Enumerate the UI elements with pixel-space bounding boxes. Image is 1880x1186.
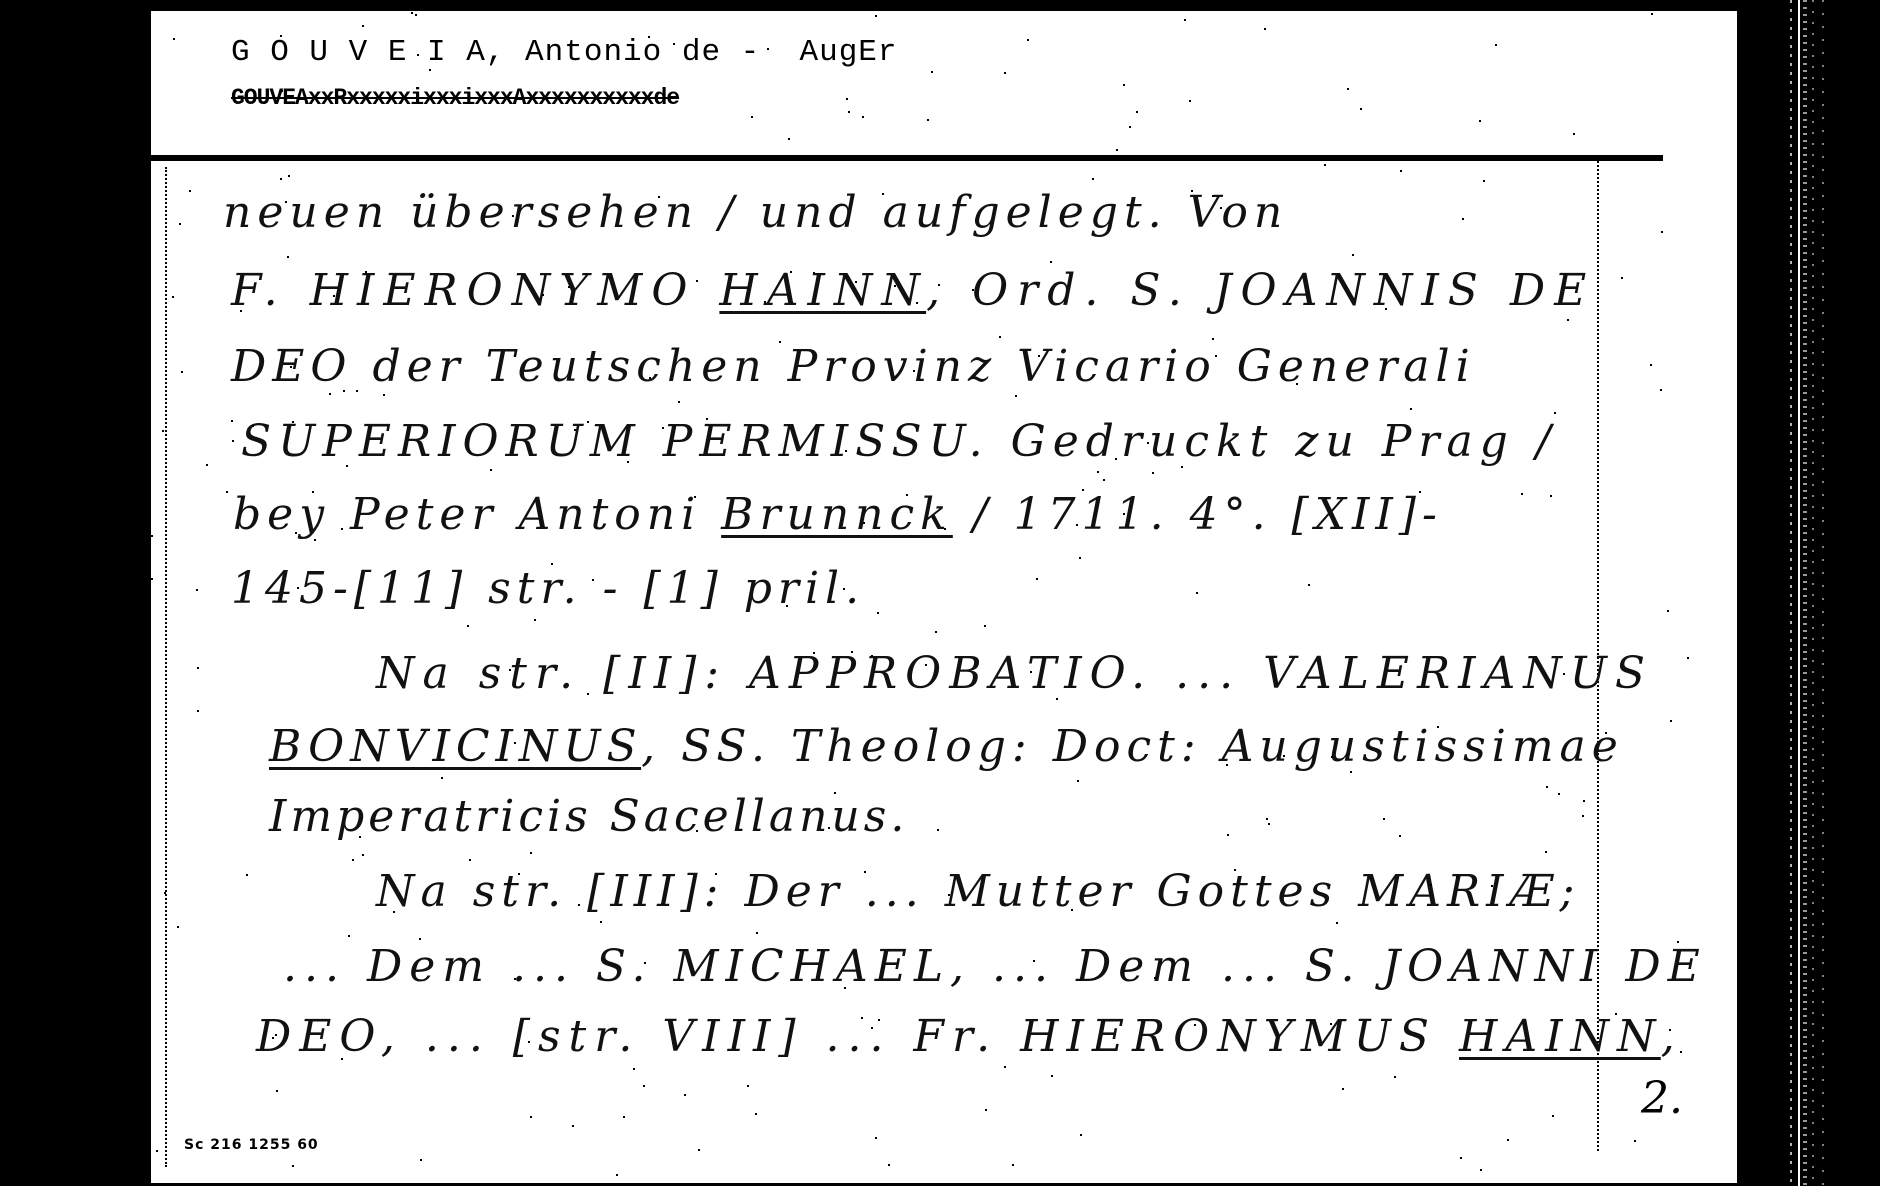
- handwritten-line: DEO, ... [str. VIII] ... Fr. HIERONYMUS …: [256, 1011, 1683, 1062]
- page-number-mark: 2.: [1641, 1073, 1683, 1124]
- line-segment: / 1711. 4°. [XII]-: [953, 489, 1443, 540]
- catalog-number: Sc 216 1255 60: [184, 1137, 319, 1153]
- handwritten-line: DEO der Teutschen Provinz Vicario Genera…: [231, 341, 1476, 392]
- underlined-name: Brunnck: [721, 489, 953, 540]
- handwritten-line: BONVICINUS, SS. Theolog: Doct: Augustiss…: [269, 721, 1624, 772]
- underlined-name: HAINN: [719, 265, 926, 316]
- line-segment: , Ord. S. JOANNIS DE: [926, 265, 1595, 316]
- line-segment: DEO, ... [str. VIII] ... Fr. HIERONYMUS: [256, 1011, 1459, 1062]
- header-rule: [151, 155, 1663, 161]
- line-segment: ,: [1661, 1011, 1683, 1062]
- line-segment: F. HIERONYMO: [231, 265, 719, 316]
- handwritten-line: bey Peter Antoni Brunnck / 1711. 4°. [XI…: [233, 489, 1443, 540]
- handwritten-line: Na str. [II]: APPROBATIO. ... VALERIANUS: [376, 648, 1653, 699]
- card-heading: G O U V E I A, Antonio de - AugEr: [231, 35, 898, 70]
- handwritten-line: Imperatricis Sacellanus.: [269, 791, 908, 842]
- handwritten-line: Na str. [III]: Der ... Mutter Gottes MAR…: [376, 866, 1580, 917]
- left-margin-line: [165, 167, 167, 1167]
- line-segment: , SS. Theolog: Doct: Augustissimae: [641, 721, 1624, 772]
- line-segment: bey Peter Antoni: [233, 489, 721, 540]
- underlined-name: HAINN: [1459, 1011, 1661, 1062]
- underlined-name: BONVICINUS: [269, 721, 641, 772]
- handwritten-line: F. HIERONYMO HAINN, Ord. S. JOANNIS DE: [231, 265, 1595, 316]
- handwritten-line: ... Dem ... S. MICHAEL, ... Dem ... S. J…: [283, 941, 1707, 992]
- struck-out-line: GOUVEAxxRxxxxxixxxixxxAxxxxxxxxxxde: [231, 85, 679, 111]
- handwritten-line: neuen übersehen / und aufgelegt. Von: [223, 187, 1288, 238]
- catalog-card: G O U V E I A, Antonio de - AugEr GOUVEA…: [151, 11, 1737, 1183]
- handwritten-line: 145-[11] str. - [1] pril.: [231, 563, 865, 614]
- scanner-edge-strip: [1788, 0, 1838, 1186]
- handwritten-line: SUPERIORUM PERMISSU. Gedruckt zu Prag /: [241, 416, 1558, 467]
